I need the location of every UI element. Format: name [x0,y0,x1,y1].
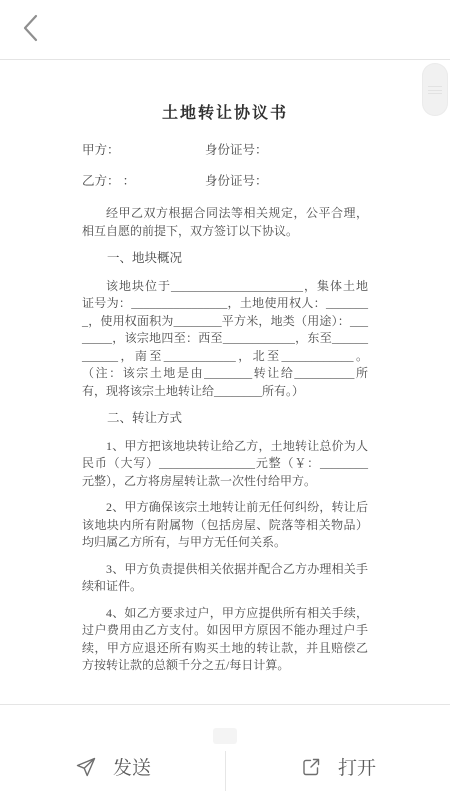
top-bar [0,0,450,60]
party-a-row: 甲方： 身份证号： [82,143,368,157]
fast-scroll-handle[interactable] [422,63,448,116]
party-a-id-label: 身份证号： [205,143,268,157]
document-viewer[interactable]: 土地转让协议书 甲方： 身份证号： 乙方： ： 身份证号： 经甲乙双方根据合同法… [0,60,450,704]
send-button-label: 发送 [113,753,151,780]
bottom-bar: 发送 打开 [0,704,450,800]
party-b-label: 乙方： ： [82,174,205,188]
section-1-heading: 一、地块概况 [82,250,368,268]
section-2-item-3: 3、甲方负责提供相关依据并配合乙方办理相关手续和证件。 [82,561,368,596]
section-1-body: 该地块位于______________________，集体土地证号为：____… [82,278,368,401]
document-title: 土地转让协议书 [82,100,368,123]
party-b-row: 乙方： ： 身份证号： [82,174,368,188]
back-button[interactable] [6,4,56,54]
chevron-left-icon [18,12,44,47]
section-2-item-2: 2、甲方确保该宗土地转让前无任何纠纷，转让后该地块内所有附属物（包括房屋、院落等… [82,499,368,552]
document-page: 土地转让协议书 甲方： 身份证号： 乙方： ： 身份证号： 经甲乙双方根据合同法… [0,60,450,704]
scroll-grip-lines [428,86,442,94]
open-external-icon [299,755,323,779]
send-button[interactable]: 发送 [0,705,225,800]
section-2-item-4: 4、如乙方要求过户，甲方应提供所有相关手续，过户费用由乙方支付。如因甲方原因不能… [82,605,368,675]
send-icon [74,755,98,779]
app-screen: 土地转让协议书 甲方： 身份证号： 乙方： ： 身份证号： 经甲乙双方根据合同法… [0,0,450,800]
open-button[interactable]: 打开 [225,705,450,800]
party-b-id-label: 身份证号： [205,174,268,188]
section-2-item-1: 1、甲方把该地块转让给乙方，土地转让总价为人民币（大写）____________… [82,438,368,491]
doc-intro-paragraph: 经甲乙双方根据合同法等相关规定，公平合理，相互自愿的前提下，双方签订以下协议。 [82,205,368,240]
party-a-label: 甲方： [82,143,205,157]
section-2-heading: 二、转让方式 [82,410,368,428]
fade-indicator [213,728,237,744]
open-button-label: 打开 [338,753,376,780]
bottom-bar-divider [225,751,226,791]
